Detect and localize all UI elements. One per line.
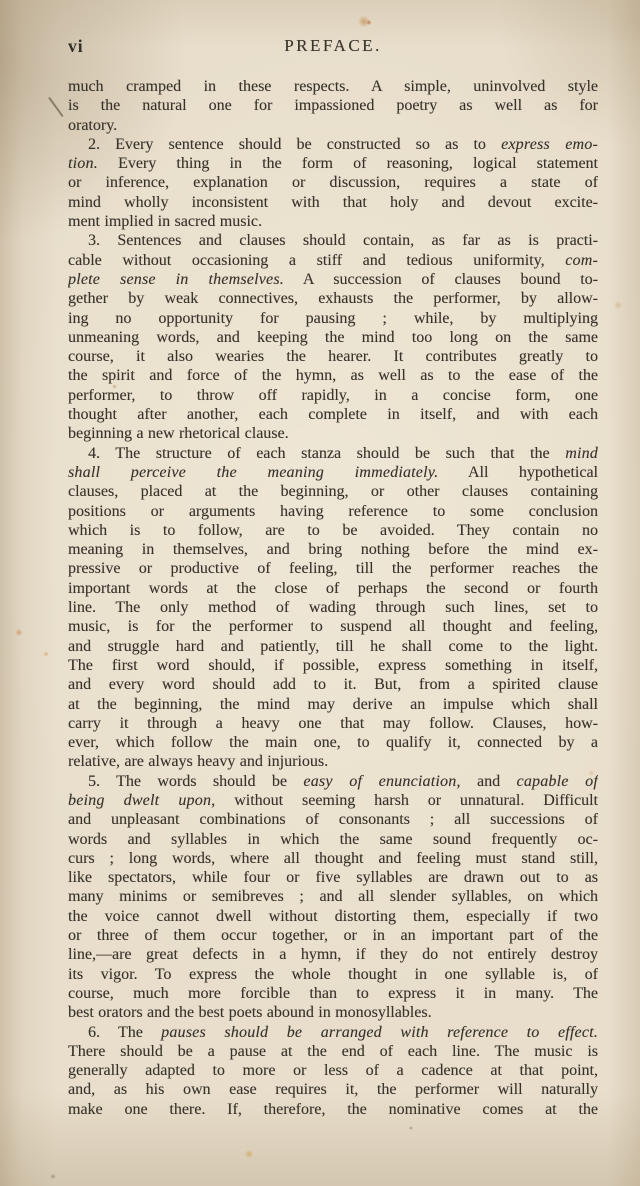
text-segment: relative, are always heavy and injurious… (68, 753, 328, 770)
foxing-spot (244, 1150, 254, 1158)
text-line: much cramped in these respects. A simple… (68, 77, 598, 96)
text-line: ment implied in sacred music. (68, 212, 598, 231)
text-segment: carry it through a heavy one that may fo… (68, 715, 598, 732)
text-segment: thought after another, each complete in … (68, 406, 598, 423)
text-segment: 3. Sentences and clauses should contain,… (88, 232, 598, 249)
text-line: make one there. If, therefore, the nomin… (68, 1100, 598, 1119)
text-line: 5. The words should be easy of enunciati… (68, 772, 598, 791)
text-segment: important words at the close of perhaps … (68, 580, 598, 597)
text-line: relative, are always heavy and injurious… (68, 752, 598, 771)
text-segment: beginning a new rhetorical clause. (68, 425, 289, 442)
text-segment: many minims or semibreves ; and all slen… (68, 888, 598, 905)
text-segment: unmeaning words, and keeping the mind to… (68, 329, 598, 346)
text-segment: ment implied in sacred music. (68, 213, 262, 230)
foxing-spot (357, 16, 371, 27)
foxing-spot (366, 20, 372, 25)
text-segment: without seeming harsh or unnatural. Diff… (215, 792, 598, 809)
text-segment: line. The only method of wading through … (68, 599, 598, 616)
text-segment: The first word should, if possible, expr… (68, 657, 598, 674)
text-segment: and unpleasant combinations of consonant… (68, 811, 598, 828)
text-line: or inference, explanation or discussion,… (68, 173, 598, 192)
text-line: many minims or semibreves ; and all slen… (68, 887, 598, 906)
text-line: or three of them occur together, or in a… (68, 926, 598, 945)
italic-text-segment: pauses should be arranged with reference… (161, 1024, 598, 1041)
page-header: vi PREFACE. (68, 36, 598, 58)
text-segment: 2. Every sentence should be constructed … (88, 136, 501, 153)
text-line: line,—are great defects in a hymn, if th… (68, 945, 598, 964)
text-line: the voice cannot dwell without distortin… (68, 907, 598, 926)
text-line: shall perceive the meaning immediately. … (68, 463, 598, 482)
text-segment: 5. The words should be (88, 773, 303, 790)
text-line: course, it also wearies the hearer. It c… (68, 347, 598, 366)
text-line: the spirit and force of the hymn, as wel… (68, 366, 598, 385)
text-line: and every word should add to it. But, fr… (68, 675, 598, 694)
foxing-spot (409, 1126, 413, 1130)
text-segment: clauses, placed at the beginning, or oth… (68, 483, 598, 500)
text-line: best orators and the best poets abound i… (68, 1003, 598, 1022)
text-segment: is the natural one for impassioned poetr… (68, 97, 598, 114)
text-line: beginning a new rhetorical clause. (68, 424, 598, 443)
text-segment: gether by weak connectives, exhausts the… (68, 290, 598, 307)
text-line: cable without occasioning a stiff and te… (68, 251, 598, 270)
italic-text-segment: capable of (517, 773, 598, 790)
text-line: meaning in themselves, and bring nothing… (68, 540, 598, 559)
italic-text-segment: com- (565, 252, 598, 269)
running-title: PREFACE. (68, 36, 598, 56)
text-line: carry it through a heavy one that may fo… (68, 714, 598, 733)
text-line: 3. Sentences and clauses should contain,… (68, 231, 598, 250)
crease-mark (48, 97, 63, 117)
foxing-spot (15, 629, 23, 636)
text-line: and struggle hard and patiently, till he… (68, 637, 598, 656)
body-text: much cramped in these respects. A simple… (68, 77, 598, 1119)
foxing-spot (43, 651, 49, 657)
text-line: is the natural one for impassioned poetr… (68, 96, 598, 115)
italic-text-segment: express emo- (501, 136, 598, 153)
text-segment: line,—are great defects in a hymn, if th… (68, 946, 598, 963)
text-segment: pressive or productive of feeling, till … (68, 560, 598, 577)
italic-text-segment: being dwelt upon, (68, 792, 215, 809)
text-line: unmeaning words, and keeping the mind to… (68, 328, 598, 347)
page-number: vi (68, 36, 84, 57)
text-segment: course, it also wearies the hearer. It c… (68, 348, 598, 365)
text-line: 2. Every sentence should be constructed … (68, 135, 598, 154)
text-segment: ing no opportunity for pausing ; while, … (68, 310, 598, 327)
text-line: and unpleasant combinations of consonant… (68, 810, 598, 829)
text-segment: Every thing in the form of reasoning, lo… (98, 155, 598, 172)
text-segment: and, as his own ease requires it, the pe… (68, 1081, 598, 1098)
text-segment: best orators and the best poets abound i… (68, 1004, 432, 1021)
text-segment: There should be a pause at the end of ea… (68, 1043, 598, 1060)
italic-text-segment: tion. (68, 155, 98, 172)
text-line: mind wholly inconsistent with that holy … (68, 193, 598, 212)
text-segment: and struggle hard and patiently, till he… (68, 638, 598, 655)
text-segment: mind wholly inconsistent with that holy … (68, 194, 598, 211)
text-segment: or inference, explanation or discussion,… (68, 174, 598, 191)
scanned-book-page: vi PREFACE. much cramped in these respec… (0, 0, 640, 1186)
italic-text-segment: easy of enunciation, (303, 773, 460, 790)
text-segment: A succession of clauses bound to- (284, 271, 598, 288)
text-line: There should be a pause at the end of ea… (68, 1042, 598, 1061)
text-segment: curs ; long words, where all thought and… (68, 850, 598, 867)
text-line: music, is for the performer to suspend a… (68, 617, 598, 636)
text-line: positions or arguments having reference … (68, 502, 598, 521)
text-segment: music, is for the performer to suspend a… (68, 618, 598, 635)
text-segment: 4. The structure of each stanza should b… (88, 445, 565, 462)
text-line: thought after another, each complete in … (68, 405, 598, 424)
text-segment: the voice cannot dwell without distortin… (68, 908, 598, 925)
text-line: and, as his own ease requires it, the pe… (68, 1080, 598, 1099)
text-line: clauses, placed at the beginning, or oth… (68, 482, 598, 501)
text-line: at the beginning, the mind may derive an… (68, 695, 598, 714)
text-segment: ever, which follow the main one, to qual… (68, 734, 598, 751)
text-segment: words and syllables in which the same so… (68, 831, 598, 848)
text-line: important words at the close of perhaps … (68, 579, 598, 598)
text-segment: generally adapted to more or less of a c… (68, 1062, 598, 1079)
text-line: 4. The structure of each stanza should b… (68, 444, 598, 463)
text-segment: positions or arguments having reference … (68, 503, 598, 520)
text-line: course, much more forcible than to expre… (68, 984, 598, 1003)
foxing-spot (50, 1174, 56, 1179)
text-segment: course, much more forcible than to expre… (68, 985, 598, 1002)
text-line: pressive or productive of feeling, till … (68, 559, 598, 578)
text-line: plete sense in themselves. A succession … (68, 270, 598, 289)
text-line: The first word should, if possible, expr… (68, 656, 598, 675)
text-line: like spectators, while four or five syll… (68, 868, 598, 887)
text-segment: and every word should add to it. But, fr… (68, 676, 598, 693)
text-line: which is to follow, are to be avoided. T… (68, 521, 598, 540)
text-segment: which is to follow, are to be avoided. T… (68, 522, 598, 539)
text-line: words and syllables in which the same so… (68, 830, 598, 849)
text-segment: the spirit and force of the hymn, as wel… (68, 367, 598, 384)
text-line: its vigor. To express the whole thought … (68, 965, 598, 984)
text-line: gether by weak connectives, exhausts the… (68, 289, 598, 308)
text-line: performer, to throw off rapidly, in a co… (68, 386, 598, 405)
text-segment: make one there. If, therefore, the nomin… (68, 1101, 598, 1118)
text-segment: 6. The (88, 1024, 161, 1041)
text-segment: like spectators, while four or five syll… (68, 869, 598, 886)
text-line: ever, which follow the main one, to qual… (68, 733, 598, 752)
text-line: tion. Every thing in the form of reasoni… (68, 154, 598, 173)
text-line: ing no opportunity for pausing ; while, … (68, 309, 598, 328)
text-line: curs ; long words, where all thought and… (68, 849, 598, 868)
text-line: oratory. (68, 116, 598, 135)
text-line: generally adapted to more or less of a c… (68, 1061, 598, 1080)
text-segment: at the beginning, the mind may derive an… (68, 696, 598, 713)
text-segment: much cramped in these respects. A simple… (68, 78, 598, 95)
italic-text-segment: shall perceive the meaning immediately. (68, 464, 438, 481)
text-segment: its vigor. To express the whole thought … (68, 966, 598, 983)
text-segment: performer, to throw off rapidly, in a co… (68, 387, 598, 404)
text-segment: oratory. (68, 117, 117, 134)
foxing-spot (614, 300, 622, 310)
text-line: line. The only method of wading through … (68, 598, 598, 617)
text-segment: cable without occasioning a stiff and te… (68, 252, 565, 269)
text-line: 6. The pauses should be arranged with re… (68, 1023, 598, 1042)
italic-text-segment: mind (565, 445, 598, 462)
italic-text-segment: plete sense in themselves. (68, 271, 284, 288)
text-segment: meaning in themselves, and bring nothing… (68, 541, 598, 558)
text-line: being dwelt upon, without seeming harsh … (68, 791, 598, 810)
text-segment: or three of them occur together, or in a… (68, 927, 598, 944)
text-segment: and (461, 773, 517, 790)
text-segment: All hypothetical (438, 464, 598, 481)
